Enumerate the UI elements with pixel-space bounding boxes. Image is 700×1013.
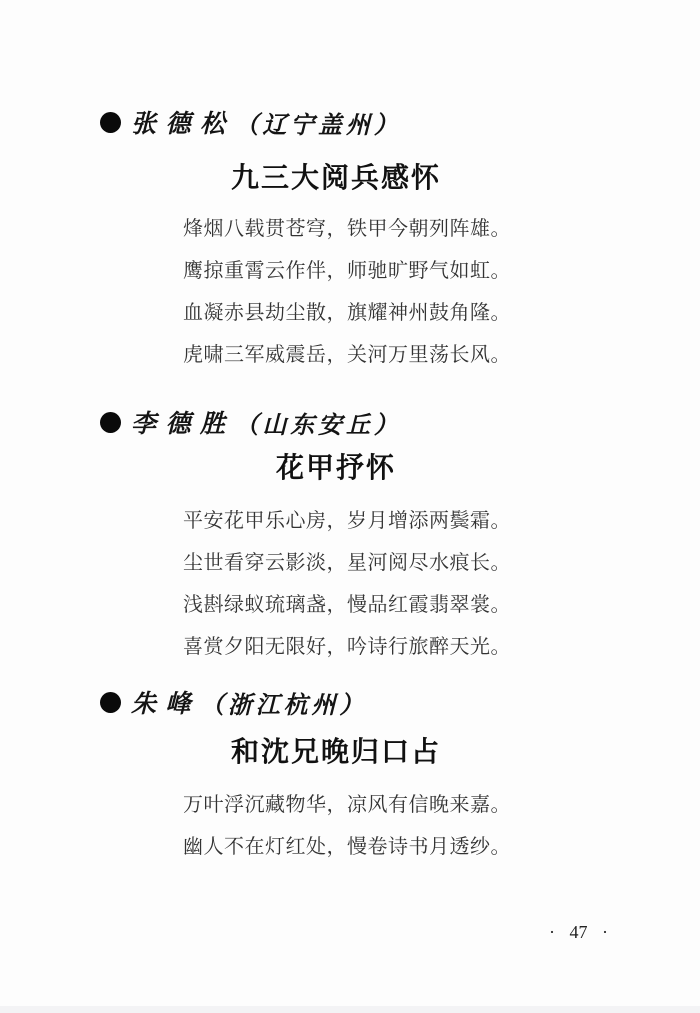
poem-body: 万叶浮沉藏物华，凉风有信晚来嘉。 幽人不在灯红处，慢卷诗书月透纱。 bbox=[0, 784, 700, 868]
author-header: 朱峰 （浙江杭州） bbox=[0, 684, 700, 720]
poem-section: 张德松 （辽宁盖州） 九三大阅兵感怀 烽烟八载贯苍穹，铁甲今朝列阵雄。 鹰掠重霄… bbox=[0, 104, 700, 376]
poem-title: 和沈兄晚归口占 bbox=[0, 732, 700, 774]
poem-line: 虎啸三军威震岳，关河万里荡长风。 bbox=[183, 334, 700, 376]
poem-line: 烽烟八载贯苍穹，铁甲今朝列阵雄。 bbox=[183, 208, 700, 250]
author-header: 张德松 （辽宁盖州） bbox=[0, 104, 700, 140]
poem-line: 平安花甲乐心房，岁月增添两鬓霜。 bbox=[183, 500, 700, 542]
bullet-icon bbox=[100, 112, 121, 133]
poem-section: 李德胜 （山东安丘） 花甲抒怀 平安花甲乐心房，岁月增添两鬓霜。 尘世看穿云影淡… bbox=[0, 404, 700, 668]
poem-title: 花甲抒怀 bbox=[0, 448, 700, 490]
poem-line: 浅斟绿蚁琉璃盏，慢品红霞翡翠裳。 bbox=[183, 584, 700, 626]
poem-line: 幽人不在灯红处，慢卷诗书月透纱。 bbox=[183, 826, 700, 868]
author-header: 李德胜 （山东安丘） bbox=[0, 404, 700, 440]
poem-section: 朱峰 （浙江杭州） 和沈兄晚归口占 万叶浮沉藏物华，凉风有信晚来嘉。 幽人不在灯… bbox=[0, 684, 700, 868]
author-region: （浙江杭州） bbox=[200, 685, 367, 720]
author-name: 张德松 bbox=[131, 104, 235, 140]
poem-body: 烽烟八载贯苍穹，铁甲今朝列阵雄。 鹰掠重霄云作伴，师驰旷野气如虹。 血凝赤县劫尘… bbox=[0, 208, 700, 376]
poem-body: 平安花甲乐心房，岁月增添两鬓霜。 尘世看穿云影淡，星河阅尽水痕长。 浅斟绿蚁琉璃… bbox=[0, 500, 700, 668]
author-name: 朱峰 bbox=[131, 684, 200, 720]
bullet-icon bbox=[100, 692, 121, 713]
poem-title: 九三大阅兵感怀 bbox=[0, 158, 700, 200]
author-name: 李德胜 bbox=[131, 404, 235, 440]
poem-line: 鹰掠重霄云作伴，师驰旷野气如虹。 bbox=[183, 250, 700, 292]
poem-line: 万叶浮沉藏物华，凉风有信晚来嘉。 bbox=[183, 784, 700, 826]
page-number: · 47 · bbox=[0, 922, 700, 943]
author-region: （山东安丘） bbox=[235, 405, 402, 440]
poem-line: 喜赏夕阳无限好，吟诗行旅醉天光。 bbox=[183, 626, 700, 668]
page-content: 张德松 （辽宁盖州） 九三大阅兵感怀 烽烟八载贯苍穹，铁甲今朝列阵雄。 鹰掠重霄… bbox=[0, 0, 700, 868]
book-page: 张德松 （辽宁盖州） 九三大阅兵感怀 烽烟八载贯苍穹，铁甲今朝列阵雄。 鹰掠重霄… bbox=[0, 0, 700, 1013]
poem-line: 尘世看穿云影淡，星河阅尽水痕长。 bbox=[183, 542, 700, 584]
poem-line: 血凝赤县劫尘散，旗耀神州鼓角隆。 bbox=[183, 292, 700, 334]
author-region: （辽宁盖州） bbox=[235, 105, 402, 140]
bullet-icon bbox=[100, 412, 121, 433]
scan-edge-strip bbox=[0, 1006, 700, 1013]
